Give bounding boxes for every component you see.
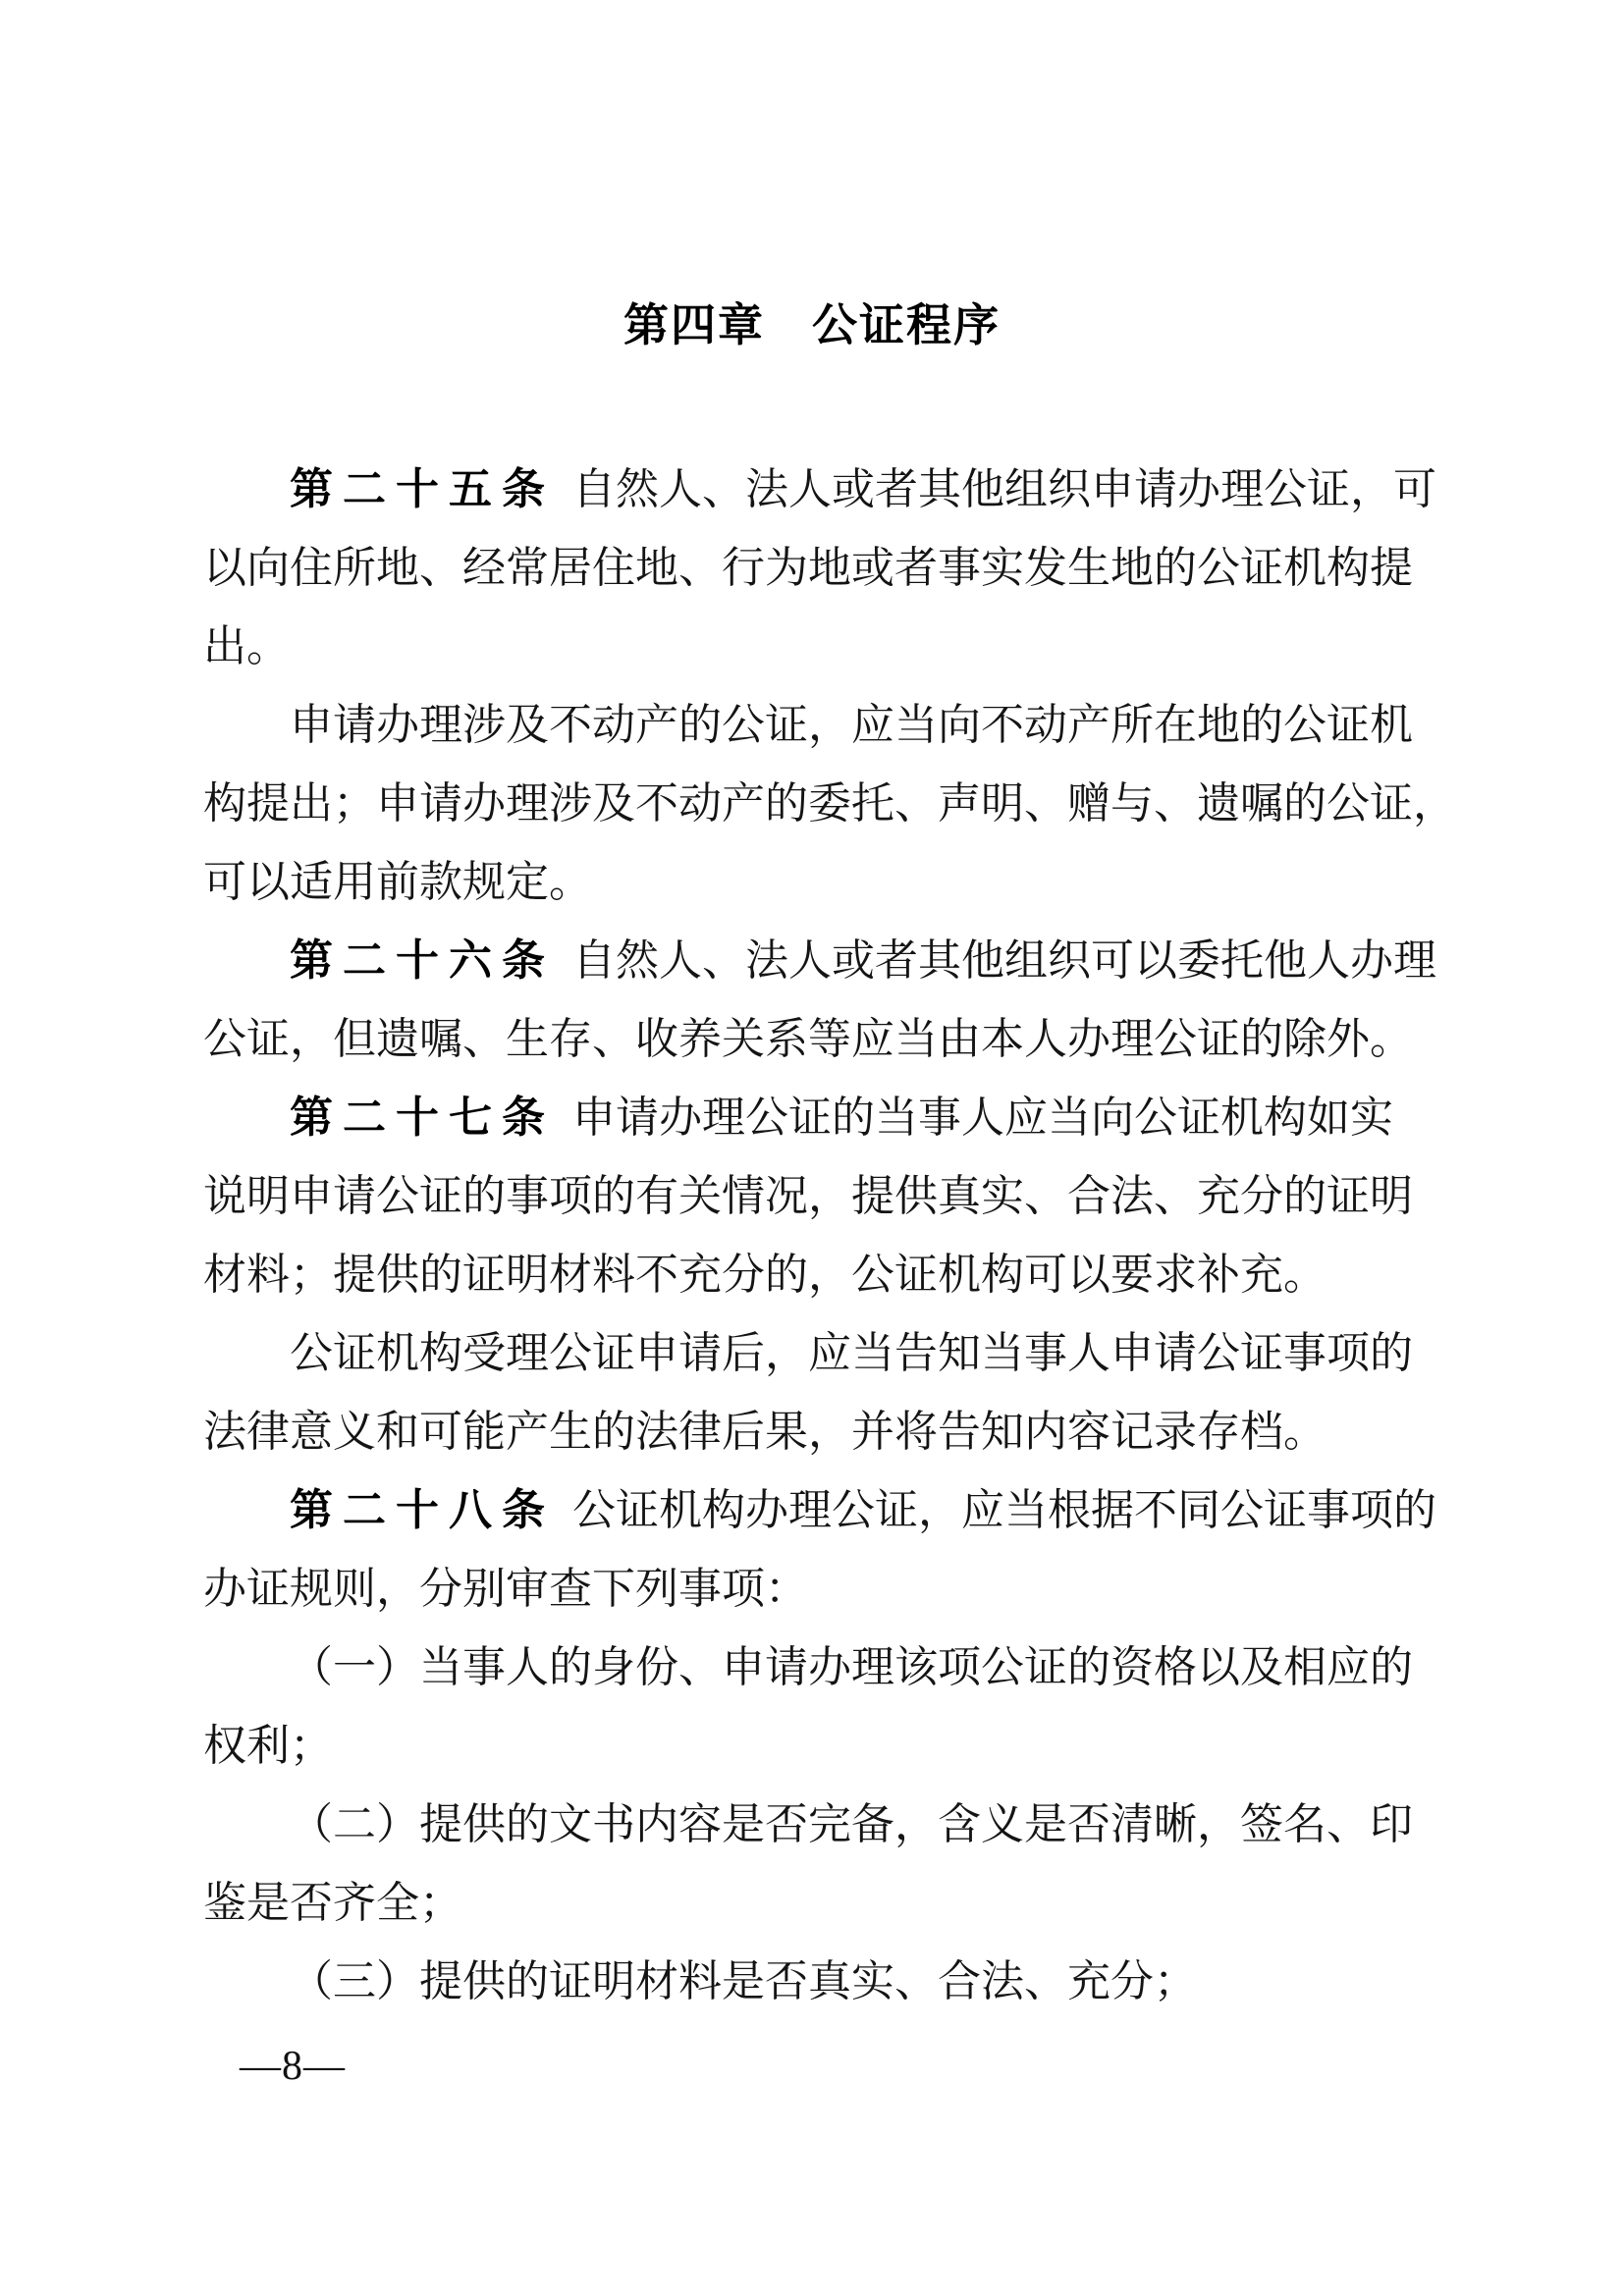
- chapter-title: 第四章 公证程序: [0, 300, 1624, 350]
- article-25-paragraph-2: 申请办理涉及不动产的公证，应当向不动产所在地的公证机 构提出；申请办理涉及不动产…: [203, 686, 1480, 922]
- article-27-paragraph: 第二十七条申请办理公证的当事人应当向公证机构如实 说明申请公证的事项的有关情况，…: [203, 1079, 1480, 1314]
- document-body: 第二十五条自然人、法人或者其他组织申请办理公证，可 以向住所地、经常居住地、行为…: [203, 451, 1480, 2021]
- article-number: 第二十五条: [290, 465, 555, 513]
- article-25-paragraph: 第二十五条自然人、法人或者其他组织申请办理公证，可 以向住所地、经常居住地、行为…: [203, 451, 1480, 686]
- paragraph-text: （三）提供的证明材料是否真实、合法、充分；: [290, 1957, 1197, 2005]
- article-number: 第二十七条: [290, 1094, 555, 1142]
- document-page: 第四章 公证程序 第二十五条自然人、法人或者其他组织申请办理公证，可 以向住所地…: [0, 0, 1624, 2296]
- article-28-item-3: （三）提供的证明材料是否真实、合法、充分；: [203, 1943, 1480, 2021]
- article-28-paragraph: 第二十八条公证机构办理公证，应当根据不同公证事项的 办证规则，分别审查下列事项：: [203, 1471, 1480, 1629]
- paragraph-text: （一）当事人的身份、申请办理该项公证的资格以及相应的 权利；: [203, 1643, 1413, 1770]
- article-28-item-1: （一）当事人的身份、申请办理该项公证的资格以及相应的 权利；: [203, 1629, 1480, 1786]
- paragraph-text: 公证机构受理公证申请后，应当告知当事人申请公证事项的 法律意义和可能产生的法律后…: [203, 1329, 1413, 1456]
- article-26-paragraph: 第二十六条自然人、法人或者其他组织可以委托他人办理 公证，但遗嘱、生存、收养关系…: [203, 922, 1480, 1079]
- article-number: 第二十六条: [290, 936, 555, 985]
- article-number: 第二十八条: [290, 1486, 555, 1534]
- paragraph-text: 申请办理涉及不动产的公证，应当向不动产所在地的公证机 构提出；申请办理涉及不动产…: [203, 701, 1456, 906]
- paragraph-text: （二）提供的文书内容是否完备，含义是否清晰，签名、印 鉴是否齐全；: [203, 1800, 1413, 1927]
- article-27-paragraph-2: 公证机构受理公证申请后，应当告知当事人申请公证事项的 法律意义和可能产生的法律后…: [203, 1314, 1480, 1471]
- page-number: —8—: [240, 2044, 346, 2089]
- article-28-item-2: （二）提供的文书内容是否完备，含义是否清晰，签名、印 鉴是否齐全；: [203, 1786, 1480, 1943]
